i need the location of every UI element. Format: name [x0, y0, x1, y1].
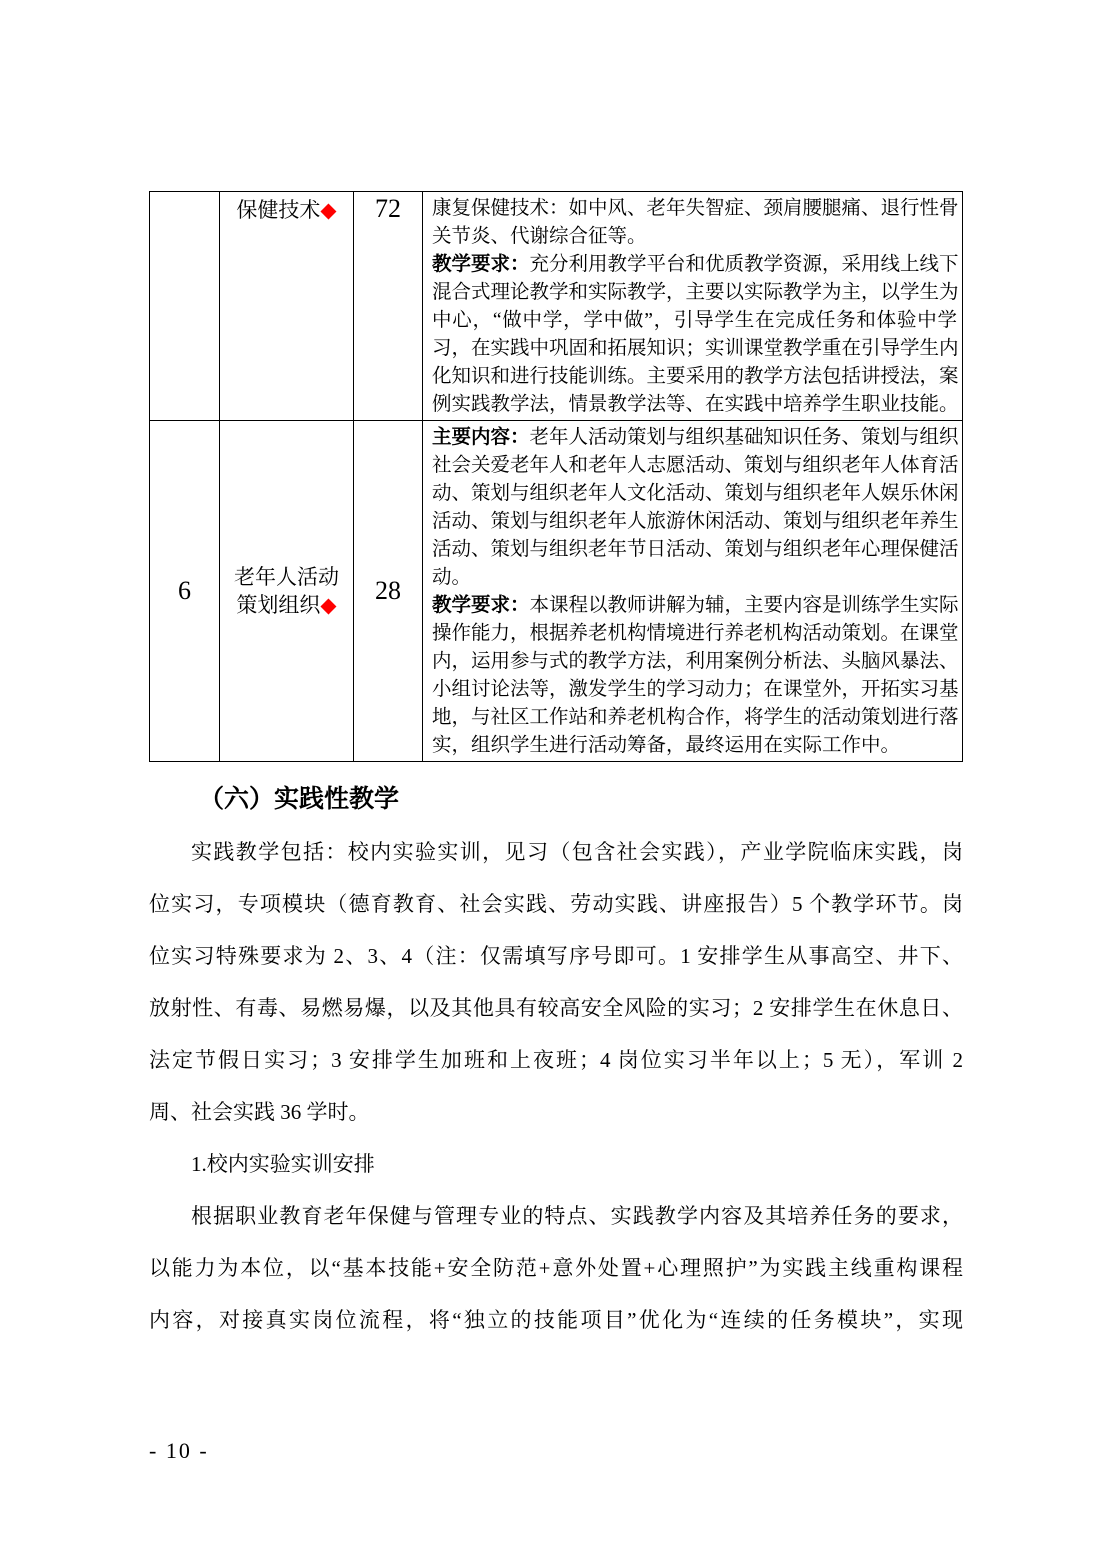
text-line: 活动、策划与组织老年人旅游休闲活动、策划与组织老年养生	[432, 508, 957, 536]
red-diamond-icon: ◆	[320, 593, 336, 617]
text-line: 动。	[432, 564, 957, 592]
course-table: 保健技术◆ 72 康复保健技术：如中风、老年失智症、颈肩腰腿痛、退行性骨关节炎、…	[149, 191, 963, 762]
text-line: 地，与社区工作站和养老机构合作，将学生的活动策划进行落	[432, 704, 957, 732]
text-line: 教学要求：本课程以教师讲解为辅，主要内容是训练学生实际	[432, 592, 957, 620]
paragraph-training-arrangement: 根据职业教育老年保健与管理专业的特点、实践教学内容及其培养任务的要求，以能力为本…	[149, 1190, 963, 1346]
course-name-line2: 策划组织◆	[220, 591, 353, 619]
text-line: 周、社会实践 36 学时。	[149, 1086, 963, 1138]
text-line: 内，运用参与式的教学方法，利用案例分析法、头脑风暴法、	[432, 648, 957, 676]
course-content-cell: 主要内容：老年人活动策划与组织基础知识任务、策划与组织社会关爱老年人和老年人志愿…	[423, 421, 963, 762]
course-name-cell: 老年人活动 策划组织◆	[220, 421, 354, 762]
course-hours-cell: 72	[354, 192, 423, 421]
paragraph-practical-teaching: 实践教学包括：校内实验实训，见习（包含社会实践），产业学院临床实践，岗位实习，专…	[149, 826, 963, 1138]
text-line: 例实践教学法，情景教学法等、在实践中培养学生职业技能。	[432, 391, 957, 419]
course-name: 保健技术◆	[220, 196, 353, 224]
text-line: 中心，“做中学，学中做”，引导学生在完成任务和体验中学	[432, 307, 957, 335]
text-line: 混合式理论教学和实际教学，主要以实际教学为主，以学生为	[432, 279, 957, 307]
course-name-text: 保健技术	[236, 198, 320, 222]
course-content-cell: 康复保健技术：如中风、老年失智症、颈肩腰腿痛、退行性骨关节炎、代谢综合征等。教学…	[423, 192, 963, 421]
course-hours-cell: 28	[354, 421, 423, 762]
text-line: 主要内容：老年人活动策划与组织基础知识任务、策划与组织	[432, 424, 957, 452]
text-line: 动、策划与组织老年人文化活动、策划与组织老年人娱乐休闲	[432, 480, 957, 508]
body-text: （六）实践性教学 实践教学包括：校内实验实训，见习（包含社会实践），产业学院临床…	[149, 774, 963, 1346]
row-number-cell: 6	[150, 421, 220, 762]
course-name-cell: 保健技术◆	[220, 192, 354, 421]
row-number-cell	[150, 192, 220, 421]
text-line: 法定节假日实习；3 安排学生加班和上夜班；4 岗位实习半年以上；5 无），军训 …	[149, 1034, 963, 1086]
text-line: 康复保健技术：如中风、老年失智症、颈肩腰腿痛、退行性骨	[432, 195, 957, 223]
text-line: 放射性、有毒、易燃易爆，以及其他具有较高安全风险的实习；2 安排学生在休息日、	[149, 982, 963, 1034]
table-row-activity-planning: 6 老年人活动 策划组织◆ 28 主要内容：老年人活动策划与组织基础知识任务、策…	[150, 421, 963, 762]
subsection-heading: 1.校内实验实训安排	[149, 1138, 963, 1190]
page-number: - 10 -	[149, 1438, 209, 1464]
text-line: 化知识和进行技能训练。主要采用的教学方法包括讲授法，案	[432, 363, 957, 391]
text-line: 关节炎、代谢综合征等。	[432, 223, 957, 251]
text-line: 位实习，专项模块（德育教育、社会实践、劳动实践、讲座报告）5 个教学环节。岗	[149, 878, 963, 930]
text-line: 教学要求：充分利用教学平台和优质教学资源，采用线上线下	[432, 251, 957, 279]
text-line: 社会关爱老年人和老年人志愿活动、策划与组织老年人体育活	[432, 452, 957, 480]
text-line: 习，在实践中巩固和拓展知识；实训课堂教学重在引导学生内	[432, 335, 957, 363]
course-name-text: 策划组织	[236, 593, 320, 617]
section-heading: （六）实践性教学	[149, 774, 963, 826]
text-line: 操作能力，根据养老机构情境进行养老机构活动策划。在课堂	[432, 620, 957, 648]
text-line: 内容，对接真实岗位流程，将“独立的技能项目”优化为“连续的任务模块”，实现	[149, 1294, 963, 1346]
document-page: 保健技术◆ 72 康复保健技术：如中风、老年失智症、颈肩腰腿痛、退行性骨关节炎、…	[0, 0, 1102, 1559]
text-line: 实践教学包括：校内实验实训，见习（包含社会实践），产业学院临床实践，岗	[149, 826, 963, 878]
text-line: 实，组织学生进行活动筹备，最终运用在实际工作中。	[432, 732, 957, 760]
text-line: 位实习特殊要求为 2、3、4（注：仅需填写序号即可。1 安排学生从事高空、井下、	[149, 930, 963, 982]
table-row-health-tech: 保健技术◆ 72 康复保健技术：如中风、老年失智症、颈肩腰腿痛、退行性骨关节炎、…	[150, 192, 963, 421]
text-line: 根据职业教育老年保健与管理专业的特点、实践教学内容及其培养任务的要求，	[149, 1190, 963, 1242]
text-line: 活动、策划与组织老年节日活动、策划与组织老年心理保健活	[432, 536, 957, 564]
course-name-line1: 老年人活动	[220, 563, 353, 591]
red-diamond-icon: ◆	[320, 198, 336, 222]
text-line: 小组讨论法等，激发学生的学习动力；在课堂外，开拓实习基	[432, 676, 957, 704]
text-line: 以能力为本位，以“基本技能+安全防范+意外处置+心理照护”为实践主线重构课程	[149, 1242, 963, 1294]
